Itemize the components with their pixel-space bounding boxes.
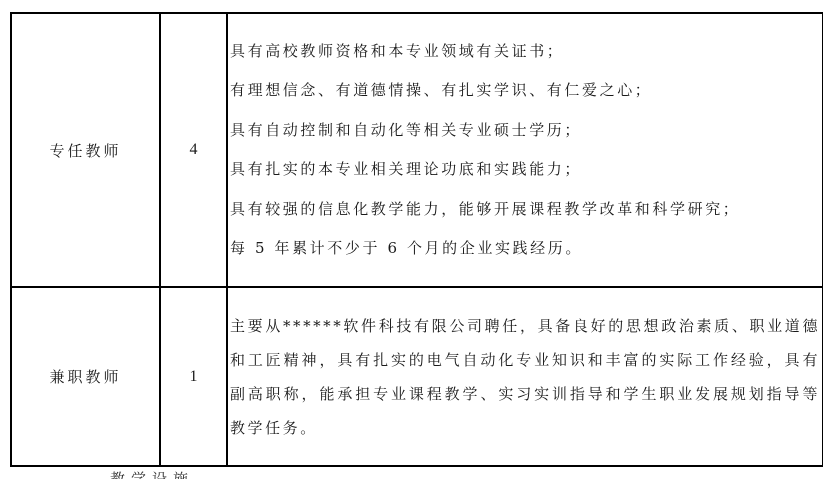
table-row-fulltime-teacher: 专任教师 4 具有高校教师资格和本专业领域有关证书； 有理想信念、有道德情操、有…: [11, 13, 823, 287]
requirement-item: 有理想信念、有道德情操、有扎实学识、有仁爱之心；: [230, 71, 822, 111]
requirement-item: 具有扎实的本专业相关理论功底和实践能力；: [230, 150, 822, 190]
next-section-heading-clipped: 教学设施: [110, 470, 194, 479]
requirement-item: 每 5 年累计不少于 6 个月的企业实践经历。: [230, 229, 822, 269]
requirements-list: 具有高校教师资格和本专业领域有关证书； 有理想信念、有道德情操、有扎实学识、有仁…: [228, 32, 822, 269]
teacher-count-cell: 4: [160, 13, 227, 287]
teacher-type-cell: 专任教师: [11, 13, 160, 287]
teacher-requirements-table: 专任教师 4 具有高校教师资格和本专业领域有关证书； 有理想信念、有道德情操、有…: [10, 12, 823, 467]
requirement-description: 主要从******软件科技有限公司聘任，具备良好的思想政治素质、职业道德和工匠精…: [228, 309, 822, 445]
teacher-type-cell: 兼职教师: [11, 287, 160, 466]
requirements-cell: 主要从******软件科技有限公司聘任，具备良好的思想政治素质、职业道德和工匠精…: [227, 287, 823, 466]
table-row-parttime-teacher: 兼职教师 1 主要从******软件科技有限公司聘任，具备良好的思想政治素质、职…: [11, 287, 823, 466]
requirement-item: 具有自动控制和自动化等相关专业硕士学历；: [230, 111, 822, 151]
requirement-item: 具有高校教师资格和本专业领域有关证书；: [230, 32, 822, 72]
teacher-count-cell: 1: [160, 287, 227, 466]
requirements-cell: 具有高校教师资格和本专业领域有关证书； 有理想信念、有道德情操、有扎实学识、有仁…: [227, 13, 823, 287]
requirement-item: 具有较强的信息化教学能力，能够开展课程教学改革和科学研究；: [230, 190, 822, 230]
